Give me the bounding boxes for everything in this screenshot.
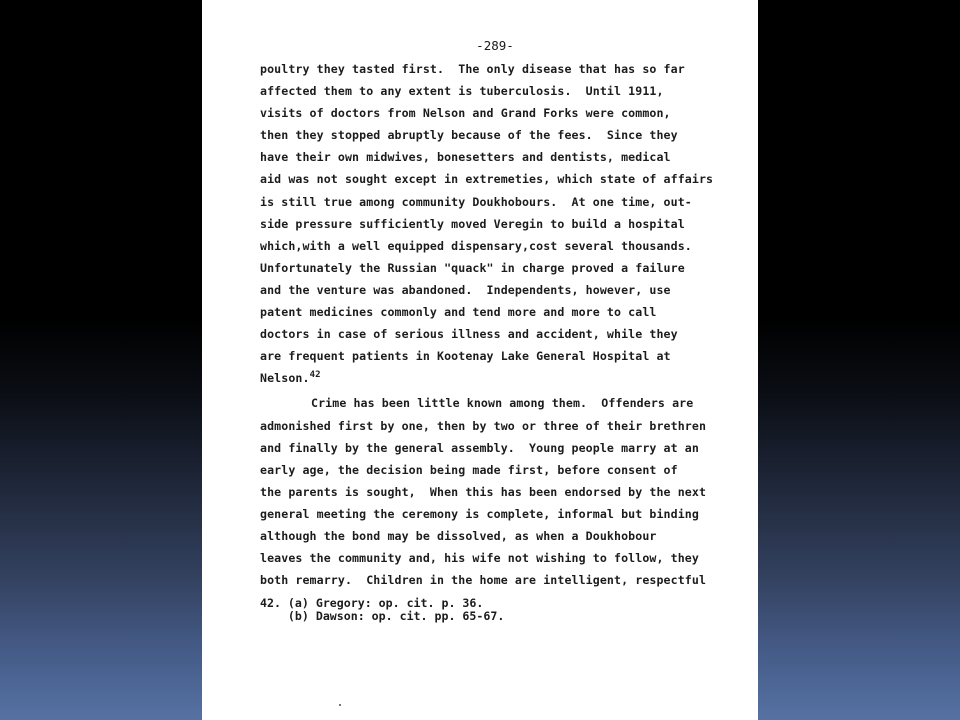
text-line: is still true among community Doukhobour…: [260, 191, 740, 213]
footnote-a: 42. (a) Gregory: op. cit. p. 36.: [260, 597, 504, 610]
text-line-with-footnote: Nelson.42: [260, 367, 740, 389]
page-number: -289-: [202, 38, 758, 53]
text-line: have their own midwives, bonesetters and…: [260, 146, 740, 168]
paragraph-crime-marriage: Crime has been little known among them. …: [260, 392, 740, 591]
text-line: admonished first by one, then by two or …: [260, 415, 740, 437]
text-line: both remarry. Children in the home are i…: [260, 569, 740, 591]
text-line: the parents is sought, When this has bee…: [260, 481, 740, 503]
text-line: which,with a well equipped dispensary,co…: [260, 235, 740, 257]
text-line: and finally by the general assembly. You…: [260, 437, 740, 459]
text-line: Nelson.: [260, 371, 310, 385]
text-line: early age, the decision being made first…: [260, 459, 740, 481]
text-line: and the venture was abandoned. Independe…: [260, 279, 740, 301]
text-line: side pressure sufficiently moved Veregin…: [260, 213, 740, 235]
footnote-b: (b) Dawson: op. cit. pp. 65-67.: [260, 610, 504, 623]
text-line: visits of doctors from Nelson and Grand …: [260, 102, 740, 124]
document-body: poultry they tasted first. The only dise…: [260, 58, 740, 591]
document-page: -289- poultry they tasted first. The onl…: [202, 0, 758, 720]
footnotes: 42. (a) Gregory: op. cit. p. 36. (b) Daw…: [260, 597, 504, 622]
text-line: general meeting the ceremony is complete…: [260, 503, 740, 525]
text-line: then they stopped abruptly because of th…: [260, 124, 740, 146]
scan-speck: [339, 704, 341, 706]
text-line: are frequent patients in Kootenay Lake G…: [260, 345, 740, 367]
text-line: patent medicines commonly and tend more …: [260, 301, 740, 323]
text-line: Crime has been little known among them. …: [260, 392, 740, 414]
text-line: although the bond may be dissolved, as w…: [260, 525, 740, 547]
text-line: affected them to any extent is tuberculo…: [260, 80, 740, 102]
text-line: aid was not sought except in extremeties…: [260, 168, 740, 190]
text-line: poultry they tasted first. The only dise…: [260, 58, 740, 80]
text-line: doctors in case of serious illness and a…: [260, 323, 740, 345]
paragraph-health: poultry they tasted first. The only dise…: [260, 58, 740, 389]
text-line: Unfortunately the Russian "quack" in cha…: [260, 257, 740, 279]
footnote-reference: 42: [310, 370, 321, 380]
text-line: leaves the community and, his wife not w…: [260, 547, 740, 569]
